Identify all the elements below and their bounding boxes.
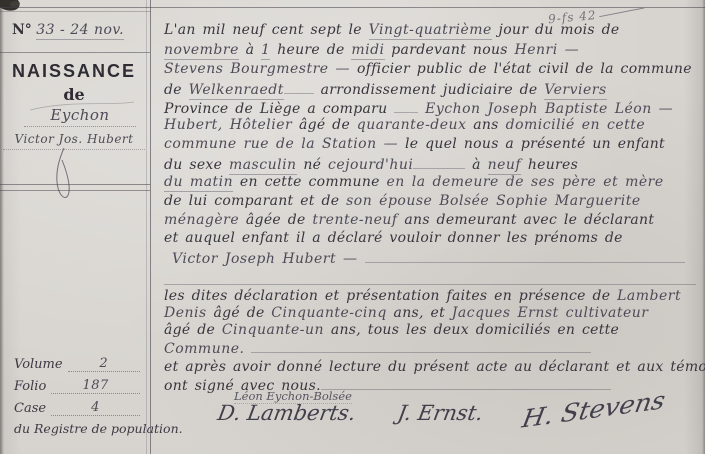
register-reference-block: Volume 2 Folio 187 Case 4 du Registre de… [14,350,140,436]
case-value: 4 [51,400,140,416]
handwritten-text: quarante-deux [357,117,467,133]
printed-text: ans, et [387,305,452,321]
folio-value: 187 [51,378,140,394]
body-line: L'an mil neuf cent sept le Vingt-quatriè… [164,22,619,39]
printed-text: Province de Liège a comparu [164,101,394,117]
printed-text: L'an mil neuf cent sept le [164,22,369,38]
handwritten-text: Vingt-quatrième [369,22,492,40]
printed-text: né [297,157,328,173]
handwritten-text: Welkenraedt [189,82,284,100]
body-line: Denis âgé de Cinquante-cinq ans, et Jacq… [164,305,648,322]
body-line: novembre à 1 heure de midi pardevant nou… [164,42,579,59]
printed-text: âgé de [292,117,357,133]
act-number-label: N° [12,22,32,38]
handwritten-text: masculin [229,157,297,175]
handwritten-text: trente-neuf [312,212,397,228]
handwritten-text: ménagère [164,212,239,228]
handwritten-text: cejourd'hui [328,157,413,173]
handwritten-text: Cinquante-cinq [271,305,387,321]
register-volume-row: Volume 2 [14,350,140,372]
body-line: Hubert, Hôtelier âgé de quarante-deux an… [164,117,645,134]
handwritten-text: Verviers [544,82,606,100]
folio-label: Folio [14,379,46,394]
signature: D. Lamberts. [216,401,358,425]
body-line: les dites déclaration et présentation fa… [164,288,681,305]
ruled-blank [321,376,611,390]
printed-text: âgé de [207,305,272,321]
handwritten-text: Lambert [617,288,681,304]
printed-text: jour du mois de [492,22,620,38]
ruled-blank [394,99,418,113]
ruled-blank [413,155,465,169]
printed-text: pardevant nous [385,42,515,58]
signature: J. Ernst. [396,401,485,425]
handwritten-text: Stevens Bourgmestre — [164,61,357,77]
ruled-blank [284,80,314,94]
printed-text: le quel nous a présenté un enfant [405,136,665,152]
margin-child-names: Victor Jos. Hubert [3,132,145,150]
register-folio-row: Folio 187 [14,372,140,394]
body-line: ont signé avec nous. [164,376,611,395]
body-line: ménagère âgée de trente-neuf ans demeura… [164,212,654,229]
ruled-blank [164,271,696,285]
body-line: et auquel enfant il a déclaré vouloir do… [164,230,623,247]
printed-text: du sexe [164,157,229,173]
act-number: N° 33 - 24 nov. [12,22,124,38]
handwritten-text: Victor Joseph Hubert — [172,251,365,267]
body-line: de lui comparant et de son épouse Bolsée… [164,193,641,210]
birth-record-page: N° 33 - 24 nov. NAISSANCE de Eychon Vict… [0,0,705,454]
ruled-blank [251,339,591,353]
body-line: commune rue de la Station — le quel nous… [164,136,665,153]
body-line: et après avoir donné lecture du présent … [164,359,705,376]
body-line: Commune. [164,339,591,358]
printed-text: à [239,42,261,58]
printed-text: âgée de [239,212,312,228]
body-line: de Welkenraedt arrondissement judiciaire… [164,80,607,99]
volume-value: 2 [68,356,140,372]
register-note: du Registre de population. [14,421,140,436]
body-line: âgé de Cinquante-un ans, tous les deux d… [164,322,619,339]
handwritten-text: midi [351,42,384,60]
register-case-row: Case 4 [14,394,140,416]
margin-divider [0,52,150,53]
printed-text: ont signé avec nous. [164,378,321,394]
printed-text: à [465,157,487,173]
printed-text: ans [466,117,498,133]
margin-surname: Eychon [24,106,136,127]
act-body: 9-fs 42 Léon Eychon-Bolsée D. Lamberts.J… [160,0,702,454]
printed-text: et après avoir donné lecture du présent … [164,359,705,375]
printed-text: de [164,82,189,98]
body-line: Province de Liège a comparu Eychon Josep… [164,99,673,118]
ruled-blank [365,249,685,263]
case-label: Case [14,401,46,416]
handwritten-text: en la demeure de ses père et mère [386,174,663,190]
handwritten-text: Commune. [164,341,251,357]
body-line: du matin en cette commune en la demeure … [164,174,664,191]
printed-text: ans demeurant avec le déclarant [398,212,655,228]
handwritten-text: Cinquante-un [222,322,324,338]
printed-text: en cette commune [233,174,386,190]
printed-text: les dites déclaration et présentation fa… [164,288,617,304]
signatures-row: D. Lamberts.J. Ernst.H. Stevens [218,401,698,425]
margin-column: N° 33 - 24 nov. NAISSANCE de Eychon Vict… [0,0,151,454]
printed-text: heure de [270,42,351,58]
printed-text: et auquel enfant il a déclaré vouloir do… [164,230,623,246]
body-line: du sexe masculin né cejourd'hui à neuf h… [164,155,578,174]
handwritten-text: Eychon Joseph Baptiste Léon — [418,101,673,117]
record-of-label: de [0,85,148,104]
record-type-title: NAISSANCE [0,61,148,82]
printed-text: de lui comparant et de [164,193,346,209]
handwritten-text: domicilié en cette [499,117,646,133]
volume-label: Volume [14,357,63,372]
handwritten-text: Hubert, Hôtelier [164,117,292,133]
handwritten-text: Denis [164,305,207,321]
printed-text: officier public de l'état civil de la co… [357,61,692,77]
handwritten-text: du matin [164,174,233,192]
margin-double-rule [0,184,150,191]
printed-text: âgé de [164,322,222,338]
handwritten-text: novembre [164,42,239,60]
printed-text: heures [521,157,578,173]
body-line: Victor Joseph Hubert — [172,249,685,268]
act-number-value: 33 - 24 nov. [36,22,124,40]
printed-text: ans, tous les deux domiciliés en cette [324,322,619,338]
handwritten-text: Henri — [515,42,580,58]
printed-text: arrondissement judiciaire de [314,82,544,98]
handwritten-text: commune rue de la Station — [164,136,405,152]
handwritten-text: son épouse Bolsée Sophie Marguerite [346,193,641,209]
handwritten-text: Jacques Ernst cultivateur [452,305,649,321]
handwritten-text: neuf [488,157,522,175]
body-line: Stevens Bourgmestre — officier public de… [164,61,692,78]
